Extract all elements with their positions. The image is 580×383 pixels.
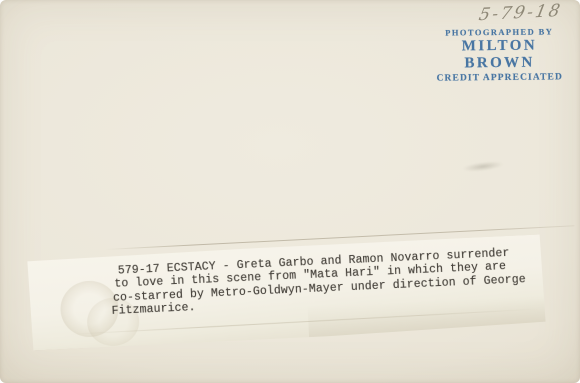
stamp-line-photographer-name: MILTON BROWN <box>427 37 572 73</box>
photo-verso: 5-79-18 PHOTOGRAPHED BY MILTON BROWN CRE… <box>0 0 580 383</box>
typed-caption-slip: 579-17 ECSTACY - Greta Garbo and Ramon N… <box>26 234 546 350</box>
handwritten-negative-number: 5-79-18 <box>477 1 564 26</box>
pencil-smudge <box>462 159 505 173</box>
stamp-line-photographed-by: PHOTOGRAPHED BY <box>427 26 572 38</box>
photographer-credit-stamp: PHOTOGRAPHED BY MILTON BROWN CREDIT APPR… <box>427 26 573 85</box>
typed-caption-text: 579-17 ECSTACY - Greta Garbo and Ramon N… <box>110 246 527 318</box>
stamp-line-credit-appreciated: CREDIT APPRECIATED <box>427 72 572 85</box>
